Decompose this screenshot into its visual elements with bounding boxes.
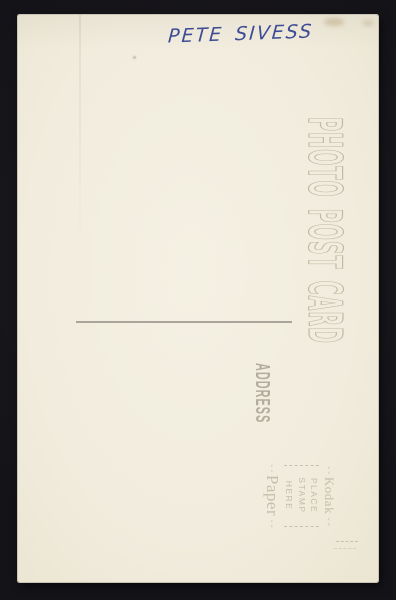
faint-dash-mark xyxy=(336,541,358,542)
scan-background: PETE SIVESS PHOTO POST CARD ADDRESS -- K… xyxy=(0,0,396,600)
paper-label: Paper xyxy=(262,475,282,516)
photo-post-card-label: PHOTO POST CARD xyxy=(308,117,342,344)
stamp-instruction: PLACE STAMP HERE xyxy=(284,465,319,527)
stamp-box-dash: -- xyxy=(324,465,335,475)
stamp-instruction-line: PLACE xyxy=(309,478,319,513)
handwritten-name: PETE SIVESS xyxy=(167,20,314,48)
stamp-instruction-line: STAMP xyxy=(296,477,306,513)
stamp-box-dash: -- xyxy=(324,516,335,526)
age-stain xyxy=(362,20,374,26)
stamp-instruction-line: HERE xyxy=(284,481,294,511)
kodak-label: Kodak xyxy=(321,477,337,514)
stamp-box: -- Kodak -- PLACE STAMP HERE -- Paper -- xyxy=(262,463,337,528)
stamp-box-kodak-edge: -- Kodak -- xyxy=(321,465,337,526)
faint-dash-mark xyxy=(334,548,356,549)
postcard-back: PETE SIVESS PHOTO POST CARD ADDRESS -- K… xyxy=(18,15,378,582)
age-stain xyxy=(324,18,344,26)
divider-line xyxy=(76,321,292,323)
stamp-box-dash: -- xyxy=(267,463,278,473)
stamp-box-dash: -- xyxy=(267,518,278,528)
paper-crease xyxy=(79,15,81,250)
paper-speck xyxy=(133,56,136,59)
address-label: ADDRESS xyxy=(254,363,270,423)
stamp-box-paper-edge: -- Paper -- xyxy=(262,463,282,528)
